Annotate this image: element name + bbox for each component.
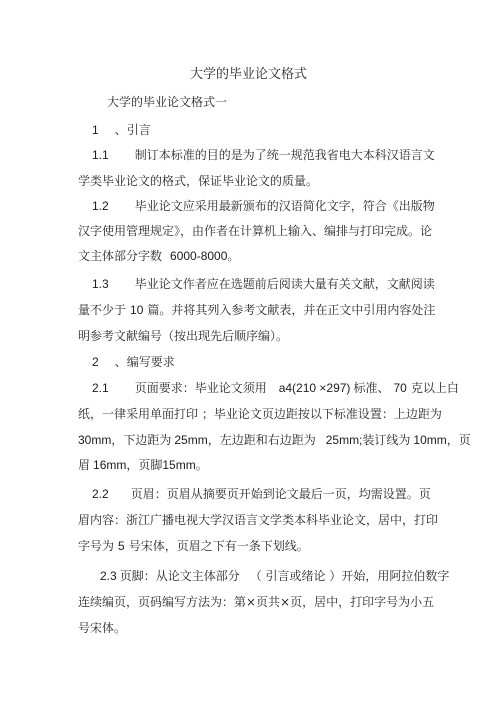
binding-line: 10mm [413, 433, 446, 447]
section-number: 1 [92, 123, 99, 137]
paragraph-2-3-line-1: 2.3页脚：从论文主体部分（ 引言或绪论 ）开始，用阿拉伯数字 [100, 568, 449, 584]
margin-side: 25mm; [326, 433, 363, 447]
paragraph-2-2-line-2: 眉内容：浙江广播电视大学汉语言文学类本科毕业论文，居中，打印 [78, 512, 438, 528]
margin-top: 30mm [78, 433, 111, 447]
paper-weight: 70 [393, 381, 406, 395]
header-height: 16mm [93, 458, 126, 472]
section-heading-2: 2、编写要求 [92, 354, 175, 370]
section-heading-1: 1、引言 [92, 122, 151, 138]
paragraph-2-1-line-3: 30mm，下边距为25mm，左边距和右边距为25mm;装订线为10mm，页 [78, 432, 471, 448]
paragraph-1-1-line-1: 1.1制订本标准的目的是为了统一规范我省电大本科汉语言文 [92, 147, 435, 163]
paragraph-text: 篇。并将其列入参考文献表，并在正文中引用内容处注 [147, 303, 435, 317]
paragraph-1-2-line-3: 文主体部分字数6000-8000。 [78, 248, 239, 264]
paragraph-2-1-line-1: 2.1页面要求：毕业论文须用a4(210 ×297)标准、70克以上白 [92, 380, 459, 396]
paragraph-text: 制订本标准的目的是为了统一规范我省电大本科汉语言文 [135, 148, 435, 162]
paragraph-1-3-line-3: 明参考文献编号（按出现先后顺序编）。 [78, 328, 288, 344]
section-heading-text: 、引言 [115, 123, 151, 137]
paragraph-1-2-line-1: 1.2毕业论文应采用最新颁布的汉语简化文字，符合《出版物 [92, 198, 435, 214]
paragraph-1-1-line-2: 学类毕业论文的格式，保证毕业论文的质量。 [78, 173, 318, 189]
paragraph-text: 页眉：页眉从摘要页开始到论文最后一页，均需设置。页 [131, 487, 431, 501]
paragraph-text: （ 引言或绪论 ）开始，用阿拉伯数字 [250, 569, 450, 583]
item-number: 1.3 [92, 277, 109, 291]
section-number: 2 [92, 355, 99, 369]
paragraph-2-3-line-2: 连续编页，页码编写方法为：第×页共×页，居中，打印字号为小五 [78, 594, 434, 610]
paragraph-text: 装订线为 [362, 433, 410, 447]
paragraph-text: 号宋体，页眉之下有一条下划线。 [129, 539, 309, 553]
document-title: 大学的毕业论文格式 [190, 67, 307, 83]
margin-bottom: 25mm [174, 433, 207, 447]
paragraph-text: 标准、 [353, 381, 389, 395]
paragraph-text: 字号为 [78, 539, 114, 553]
paragraph-text: ，下边距为 [111, 433, 171, 447]
paragraph-2-1-line-2: 纸，一律采用单面打印 ；毕业论文页边距按以下标准设置：上边距为 [78, 406, 442, 422]
item-number: 2.2 [92, 487, 109, 501]
document-page: 大学的毕业论文格式 大学的毕业论文格式一 1、引言 1.1制订本标准的目的是为了… [0, 0, 500, 708]
paragraph-text: 量不少于 [78, 303, 126, 317]
paragraph-text: ，页脚 [126, 458, 162, 472]
punctuation: 。 [227, 249, 239, 263]
paragraph-2-1-line-4: 眉16mm，页脚15mm。 [78, 457, 208, 473]
word-count-range: 6000-8000 [170, 249, 227, 263]
paragraph-text: ，页 [447, 433, 471, 447]
item-number: 2.1 [92, 381, 109, 395]
section-heading-text: 、编写要求 [115, 355, 175, 369]
paragraph-text: 页面要求：毕业论文须用 [135, 381, 267, 395]
item-number: 2.3 [100, 569, 117, 583]
paragraph-text: 眉 [78, 458, 90, 472]
footer-height: 15mm [162, 458, 195, 472]
paragraph-text: 克以上白 [411, 381, 459, 395]
document-subtitle: 大学的毕业论文格式一 [107, 94, 227, 110]
paragraph-1-3-line-1: 1.3毕业论文作者应在选题前后阅读大量有关文献，文献阅读 [92, 276, 435, 292]
number-value: 10 [130, 303, 143, 317]
paragraph-1-2-line-2: 汉字使用管理规定》，由作者在计算机上输入、编排与打印完成。论 [78, 223, 432, 239]
paragraph-text: 页脚：从论文主体部分 [120, 569, 240, 583]
paragraph-2-2-line-3: 字号为5号宋体，页眉之下有一条下划线。 [78, 538, 309, 554]
paragraph-2-2-line-1: 2.2页眉：页眉从摘要页开始到论文最后一页，均需设置。页 [92, 486, 431, 502]
paragraph-text: 毕业论文作者应在选题前后阅读大量有关文献，文献阅读 [135, 277, 435, 291]
item-number: 1.1 [92, 148, 109, 162]
paragraph-text: 毕业论文应采用最新颁布的汉语简化文字，符合《出版物 [135, 199, 435, 213]
paper-size: a4(210 ×297) [279, 381, 351, 395]
paragraph-1-3-line-2: 量不少于10篇。并将其列入参考文献表，并在正文中引用内容处注 [78, 302, 435, 318]
paragraph-text: ，左边距和右边距为 [208, 433, 316, 447]
paragraph-text: 文主体部分字数 [78, 249, 162, 263]
paragraph-2-3-line-3: 号宋体。 [78, 620, 126, 636]
punctuation: 。 [196, 458, 208, 472]
font-size-number: 5 [118, 539, 125, 553]
item-number: 1.2 [92, 199, 109, 213]
